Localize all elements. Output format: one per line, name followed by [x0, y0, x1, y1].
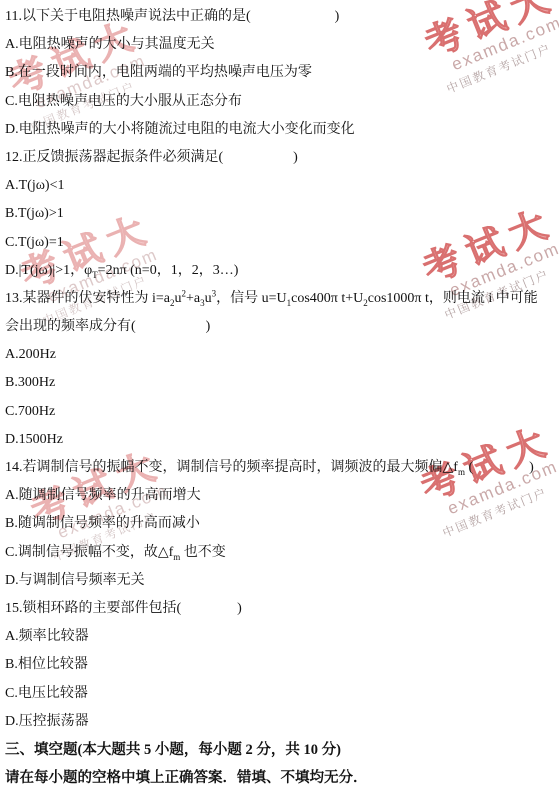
doc-line: B.在一段时间内，电阻两端的平均热噪声电压为零 [5, 59, 559, 87]
doc-line: 会出现的频率成分有( ) [5, 313, 559, 341]
doc-line: B.T(jω)>1 [5, 200, 559, 228]
doc-line: C.电压比较器 [5, 680, 559, 708]
exam-page: 考试大examda.com中国教育考试门户考试大examda.com中国教育考试… [0, 0, 559, 792]
doc-line: 三、填空题(本大题共 5 小题，每小题 2 分，共 10 分) [5, 736, 559, 764]
doc-line: D.1500Hz [5, 426, 559, 454]
doc-line: C.700Hz [5, 398, 559, 426]
doc-line: 14.若调制信号的振幅不变，调制信号的频率提高时，调频波的最大频偏△fm ( ) [5, 454, 559, 482]
doc-line: A.电阻热噪声的大小与其温度无关 [5, 31, 559, 59]
doc-line: D.|T(jω)|>1，φT=2nπ (n=0，1，2，3…) [5, 257, 559, 285]
doc-line: C.调制信号振幅不变，故△fm 也不变 [5, 539, 559, 567]
doc-line: 请在每小题的空格中填上正确答案．错填、不填均无分． [5, 764, 559, 792]
doc-line: D.压控振荡器 [5, 708, 559, 736]
doc-line: 15.锁相环路的主要部件包括( ) [5, 595, 559, 623]
doc-line: C.电阻热噪声电压的大小服从正态分布 [5, 88, 559, 116]
doc-line: C.T(jω)=1 [5, 229, 559, 257]
doc-line: D.与调制信号频率无关 [5, 567, 559, 595]
doc-line: B.300Hz [5, 369, 559, 397]
doc-line: 13.某器件的伏安特性为 i=a2u2+a3u3，信号 u=U1cos400π … [5, 285, 559, 313]
doc-line: A.随调制信号频率的升高而增大 [5, 482, 559, 510]
doc-line: 12.正反馈振荡器起振条件必须满足( ) [5, 144, 559, 172]
doc-lines: 11.以下关于电阻热噪声说法中正确的是( )A.电阻热噪声的大小与其温度无关B.… [0, 0, 559, 792]
doc-line: B.随调制信号频率的升高而减小 [5, 510, 559, 538]
doc-line: A.频率比较器 [5, 623, 559, 651]
doc-line: A.200Hz [5, 341, 559, 369]
doc-line: 11.以下关于电阻热噪声说法中正确的是( ) [5, 3, 559, 31]
doc-line: A.T(jω)<1 [5, 172, 559, 200]
doc-line: D.电阻热噪声的大小将随流过电阻的电流大小变化而变化 [5, 116, 559, 144]
doc-line: B.相位比较器 [5, 651, 559, 679]
